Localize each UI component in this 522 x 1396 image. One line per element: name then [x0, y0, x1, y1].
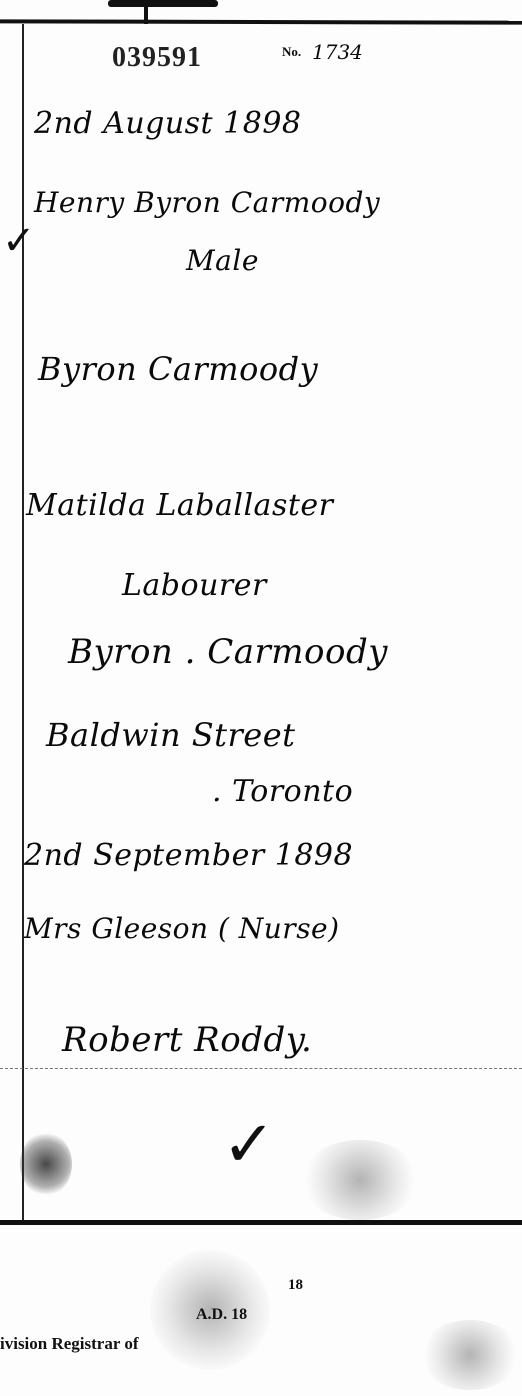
dashed-guide-line	[0, 1068, 522, 1069]
paper-speckle	[420, 1320, 520, 1390]
date-of-registration: 2nd September 1898	[24, 838, 353, 873]
document-page: 039591 No. 1734 2nd August 1898 Henry By…	[0, 0, 522, 1396]
father-name: Byron Carmoody	[38, 350, 318, 388]
residence-city: . Toronto	[212, 774, 353, 809]
paper-speckle	[300, 1140, 420, 1220]
mother-maiden-name: Matilda Laballaster	[26, 488, 334, 523]
footer-year-fragment: 18	[288, 1277, 303, 1294]
ink-smudge	[20, 1132, 72, 1196]
residence-street: Baldwin Street	[46, 716, 296, 754]
footer-ad-label: A.D. 18	[196, 1306, 247, 1324]
physician-or-attendant: Mrs Gleeson ( Nurse)	[24, 912, 340, 945]
check-mark-icon: ✓	[222, 1108, 276, 1182]
top-ink-stroke	[108, 0, 218, 7]
footer-division-registrar-label: ivision Registrar of	[0, 1334, 139, 1354]
informant-name: Byron . Carmoody	[68, 632, 388, 672]
registration-no-value: 1734	[312, 40, 363, 64]
bottom-rule-line	[0, 1220, 522, 1225]
sex: Male	[186, 244, 259, 277]
date-of-birth: 2nd August 1898	[34, 106, 302, 141]
top-rule-line	[0, 19, 522, 24]
child-name: Henry Byron Carmoody	[34, 186, 380, 219]
father-occupation: Labourer	[122, 568, 267, 603]
registration-no-label: No.	[282, 44, 301, 60]
registrar-signature: Robert Roddy.	[62, 1020, 312, 1060]
serial-number: 039591	[112, 42, 202, 74]
check-mark-icon: ✓	[2, 218, 36, 264]
left-margin-rule	[22, 24, 24, 1222]
